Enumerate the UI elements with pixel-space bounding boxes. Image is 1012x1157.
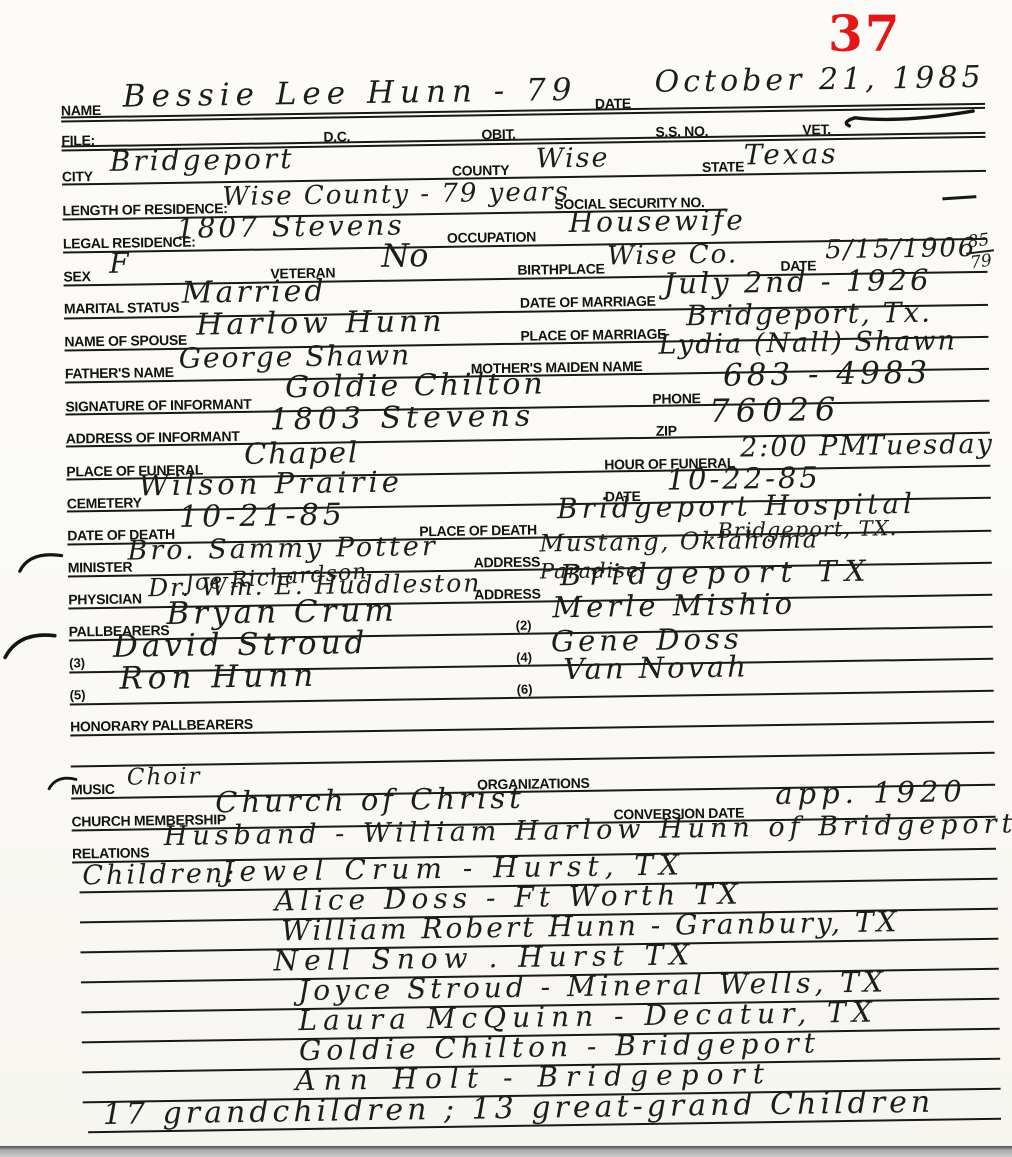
pallbearer5-value: Ron Hunn (119, 661, 318, 695)
grandchildren-note: 17 grandchildren ; 13 great-grand Childr… (103, 1088, 935, 1130)
pallbearer3-label: (3) (69, 655, 85, 670)
margin-mark (17, 547, 65, 576)
music-label: MUSIC (71, 781, 115, 798)
margin-age-note: 85 79 (964, 230, 996, 272)
marital-status-label: MARITAL STATUS (64, 299, 180, 317)
zip-value: 76026 (709, 393, 841, 427)
fathers-name-label: FATHER'S NAME (65, 364, 174, 382)
blank-dash-mark (942, 195, 976, 200)
place-of-funeral-value: Chapel (244, 438, 360, 469)
pallbearer2-label: (2) (516, 618, 532, 633)
pallbearer4-label: (4) (516, 650, 532, 665)
scan-edge-bar (0, 1146, 1012, 1157)
legal-residence-label: LEGAL RESIDENCE: (63, 234, 196, 252)
date-of-marriage-value: July 2nd - 1926 (663, 266, 931, 299)
physician-label: PHYSICIAN (68, 590, 142, 607)
birthplace-label: BIRTHPLACE (517, 261, 604, 278)
veteran-value: No (381, 239, 429, 272)
city-label: CITY (62, 168, 93, 184)
pallbearer6-label: (6) (517, 682, 533, 697)
pallbearer5-label: (5) (70, 687, 86, 702)
date-of-death-value: 10-21-85 (179, 500, 346, 532)
scanned-funeral-record-page: 37 NAME Bessie Lee Hunn - 79 DATE Octobe… (0, 0, 1012, 1157)
physician-address-value: Bridgeport TX (560, 557, 874, 591)
name-value: Bessie Lee Hunn - 79 (123, 75, 578, 113)
minister-address-value: Mustang, Oklahoma (539, 527, 819, 555)
minister-label: MINISTER (68, 559, 133, 576)
vet-check-mark-icon (839, 107, 979, 133)
length-of-residence-value: Wise County - 79 years (222, 179, 570, 210)
funeral-day-value: Tuesday (866, 431, 994, 460)
birth-date-value: 5/15/1906 (825, 235, 977, 263)
margin-mark (3, 625, 60, 662)
date-value: October 21, 1985 (654, 63, 984, 98)
hour-of-funeral-value: 2:00 PM (740, 433, 869, 462)
legal-residence-value: 1807 Stevens (177, 211, 405, 242)
state-value: Texas (744, 140, 839, 169)
pallbearer3-value: David Stroud (113, 628, 369, 663)
occupation-value: Housewife (569, 206, 747, 237)
funeral-record-form: NAME Bessie Lee Hunn - 79 DATE October 2… (0, 0, 1012, 1157)
pallbearer6-value: Van Novah (563, 652, 749, 684)
name-of-spouse-label: NAME OF SPOUSE (64, 332, 187, 350)
pallbearer2-value: Merle Mishio (552, 590, 796, 623)
address-of-informant-value: 1803 Stevens (269, 402, 535, 436)
rule-line (71, 752, 995, 768)
county-value: Wise (536, 144, 610, 172)
cemetery-value: Wilson Prairie (138, 468, 403, 501)
marital-status-value: Married (181, 277, 326, 309)
church-membership-value: Church of Christ (215, 784, 525, 818)
city-value: Bridgeport (110, 145, 295, 176)
occupation-label: OCCUPATION (447, 229, 536, 246)
music-value: Choir (127, 766, 202, 790)
children-heading: Children: (82, 860, 237, 889)
name-of-spouse-value: Harlow Hunn (196, 307, 446, 341)
sex-value: F (109, 250, 129, 278)
sex-label: SEX (63, 268, 90, 284)
margin-age-note-bottom: 79 (966, 251, 996, 273)
minister-value: Bro. Sammy Potter (127, 533, 438, 565)
phone-value: 683 - 4983 (723, 358, 932, 392)
conversion-date-value: app. 1920 (775, 777, 967, 809)
